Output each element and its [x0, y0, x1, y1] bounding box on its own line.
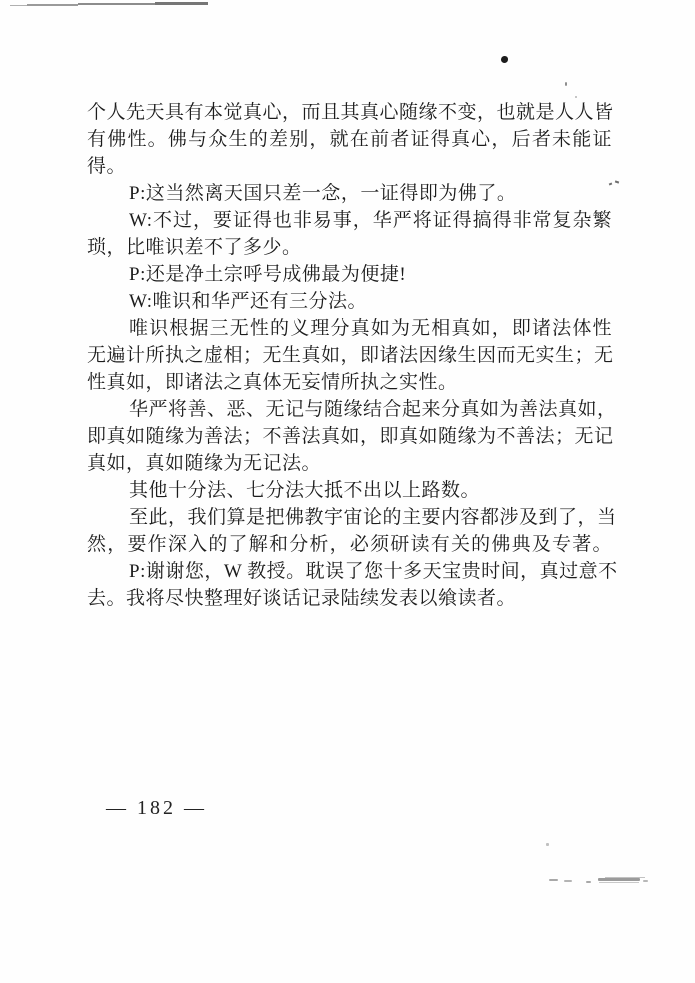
smudge-artifact — [549, 879, 558, 881]
scanned-book-page: 个人先天具有本觉真心，而且其真心随缘不变，也就是人人皆有佛性。佛与众生的差别，就… — [0, 0, 695, 983]
text-line: P:谢谢您，W 教授。耽误了您十多天宝贵时间，真过意不 — [87, 558, 612, 585]
smudge-artifact — [564, 880, 572, 882]
text-line: W:不过，要证得也非易事，华严将证得搞得非常复杂繁 — [87, 207, 612, 234]
text-line: 有佛性。佛与众生的差别，就在前者证得真心，后者未能证 — [87, 126, 612, 153]
text-line: P:还是净土宗呼号成佛最为便捷! — [87, 261, 612, 288]
scan-edge-line — [10, 5, 27, 6]
smudge-artifact — [546, 843, 549, 846]
scan-edge-line — [155, 2, 208, 5]
ink-speck-artifact — [575, 96, 577, 98]
page-number: — 182 — — [106, 797, 207, 820]
text-line: P:这当然离天国只差一念，一证得即为佛了。 — [87, 180, 612, 207]
text-line: 得。 — [87, 153, 612, 180]
text-line: 去。我将尽快整理好谈话记录陆续发表以飨读者。 — [87, 585, 612, 612]
text-line: 性真如，即诸法之真体无妄情所执之实性。 — [87, 369, 612, 396]
ink-dot-artifact — [501, 56, 508, 63]
smudge-artifact — [643, 880, 648, 882]
smudge-artifact — [586, 881, 591, 883]
scan-edge-line — [78, 3, 155, 5]
text-column: 个人先天具有本觉真心，而且其真心随缘不变，也就是人人皆有佛性。佛与众生的差别，就… — [87, 99, 612, 612]
text-line: 华严将善、恶、无记与随缘结合起来分真如为善法真如， — [87, 396, 612, 423]
text-line: 然，要作深入的了解和分析，必须研读有关的佛典及专著。 — [87, 531, 612, 558]
ink-speck-artifact — [565, 82, 567, 86]
smudge-artifact — [598, 878, 640, 881]
text-line: 至此，我们算是把佛教宇宙论的主要内容都涉及到了，当 — [87, 504, 612, 531]
text-line: 无遍计所执之虚相；无生真如，即诸法因缘生因而无实生；无 — [87, 342, 612, 369]
text-line: 其他十分法、七分法大抵不出以上路数。 — [87, 477, 612, 504]
text-line: 唯识根据三无性的义理分真如为无相真如，即诸法体性 — [87, 315, 612, 342]
text-line: 琐，比唯识差不了多少。 — [87, 234, 612, 261]
text-line: 真如，真如随缘为无记法。 — [87, 450, 612, 477]
text-line: 即真如随缘为善法；不善法真如，即真如随缘为不善法；无记 — [87, 423, 612, 450]
text-line: 个人先天具有本觉真心，而且其真心随缘不变，也就是人人皆 — [87, 99, 612, 126]
scan-edge-line — [27, 4, 78, 6]
text-line: W:唯识和华严还有三分法。 — [87, 288, 612, 315]
